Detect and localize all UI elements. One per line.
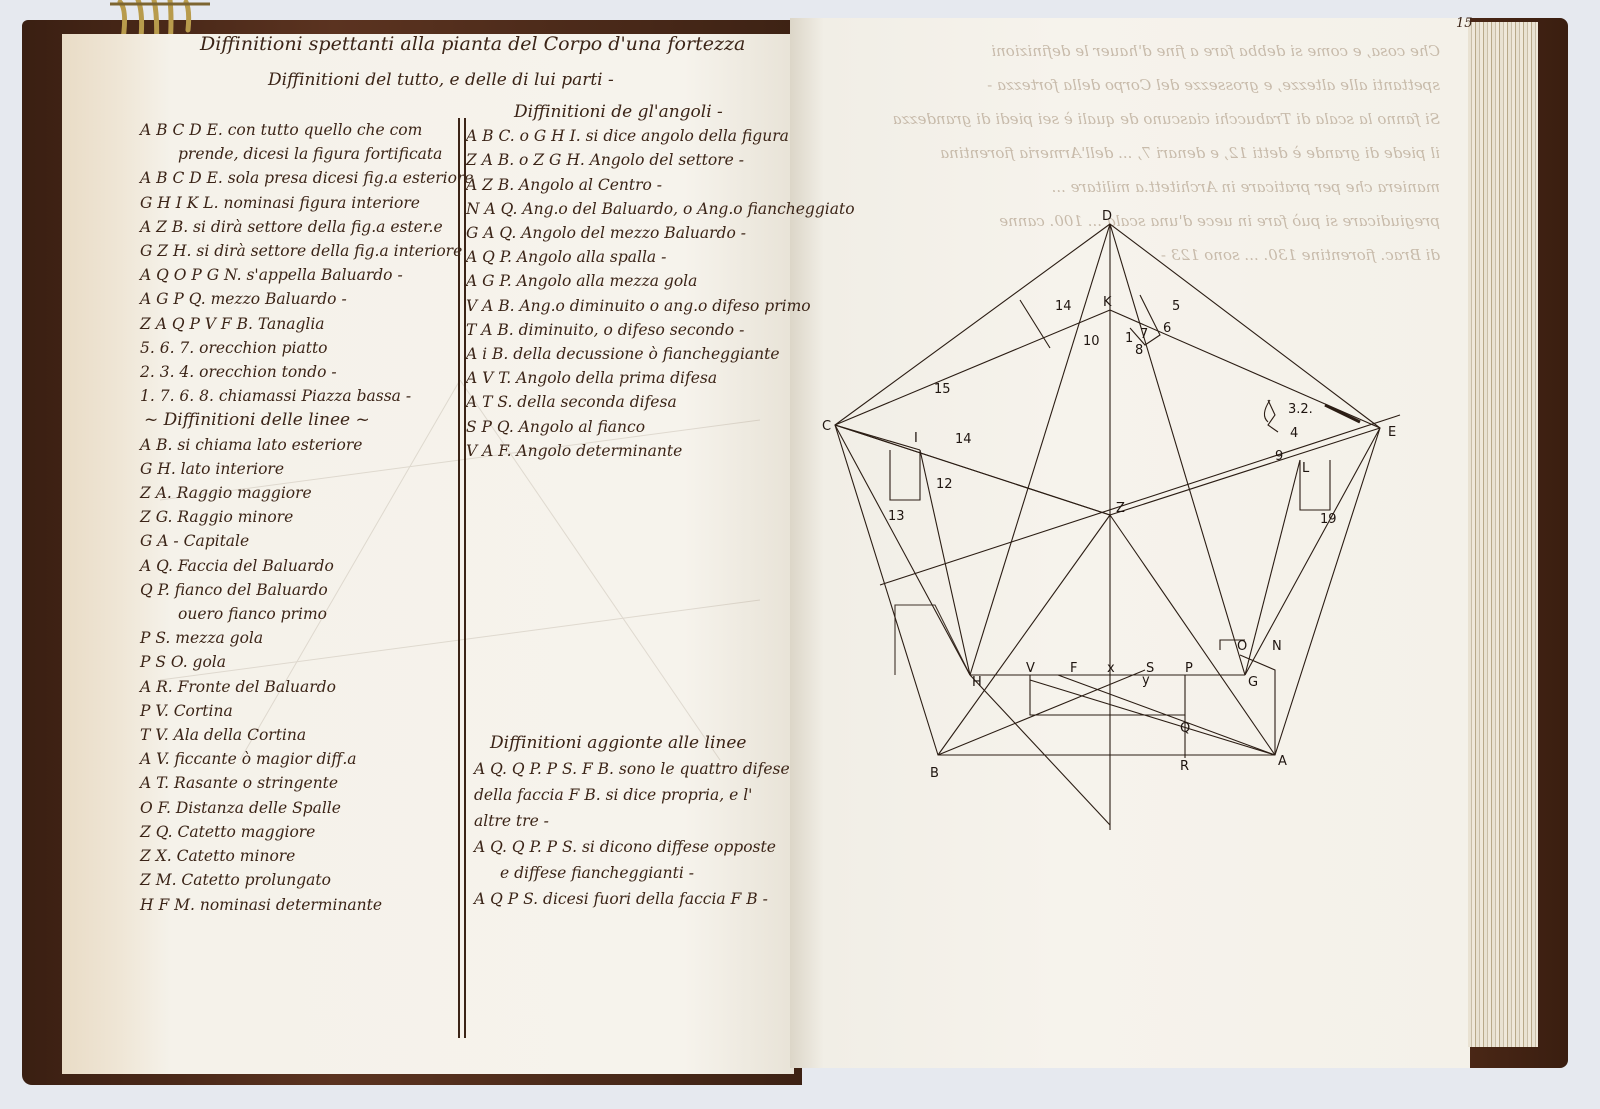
page-edges	[1468, 22, 1538, 1047]
definition-line: Z Q. Catetto maggiore	[140, 820, 460, 844]
bleed-through-line: Si fanno la scala di Trabucchi ciascuno …	[820, 102, 1440, 136]
label-9: 9	[1275, 449, 1283, 464]
definition-line: 1. 7. 6. 8. chiamassi Piazza bassa -	[140, 384, 460, 408]
label-E: E	[1388, 425, 1396, 440]
definition-line: altre tre -	[474, 808, 794, 834]
label-6: 6	[1163, 321, 1171, 336]
label-12: 12	[936, 477, 953, 492]
definition-line: G A Q. Angolo del mezzo Baluardo -	[466, 221, 796, 245]
label-G: G	[1248, 675, 1258, 690]
page-subtitle: Diffinitioni del tutto, e delle di lui p…	[268, 70, 614, 90]
label-7: 7	[1140, 327, 1148, 342]
label-Z: Z	[1116, 501, 1125, 516]
definition-line: P S. mezza gola	[140, 626, 460, 650]
definition-line: A V. ficcante ò magior diff.a	[140, 747, 460, 771]
label-V: V	[1026, 661, 1035, 676]
label-x: x	[1107, 661, 1115, 676]
definition-line: e diffese fiancheggianti -	[474, 860, 794, 886]
definition-line: A Z B. si dirà settore della fig.a ester…	[140, 215, 460, 239]
definition-line: V A F. Angolo determinante	[466, 439, 796, 463]
definition-line: H F M. nominasi determinante	[140, 893, 460, 917]
definition-line: A T S. della seconda difesa	[466, 390, 796, 414]
definition-line: P V. Cortina	[140, 699, 460, 723]
definition-line: T V. Ala della Cortina	[140, 723, 460, 747]
section-heading: Diffinitioni aggionte alle linee	[474, 730, 794, 756]
label-A: A	[1278, 754, 1287, 769]
label-R: R	[1180, 759, 1189, 774]
bleed-through-line: spettanti alle altezze, e grossezze del …	[820, 68, 1440, 102]
definition-line: A R. Fronte del Baluardo	[140, 675, 460, 699]
label-Q: Q	[1180, 721, 1190, 736]
section-heading: ~ Diffinitioni delle linee ~	[140, 408, 460, 432]
definition-line: A Q. Faccia del Baluardo	[140, 554, 460, 578]
bleed-through-line: il piede di grande è detti 12, e denari …	[820, 136, 1440, 170]
label-P: P	[1185, 661, 1193, 676]
label-F: F	[1070, 661, 1077, 676]
definition-line: Z A. Raggio maggiore	[140, 481, 460, 505]
definition-line: Q P. fianco del Baluardo	[140, 578, 460, 602]
label-3-2: 3.2.	[1288, 402, 1313, 417]
definition-line: 5. 6. 7. orecchion piatto	[140, 336, 460, 360]
definition-line: della faccia F B. si dice propria, e l'	[474, 782, 794, 808]
definition-line: prende, dicesi la figura fortificata	[140, 142, 460, 166]
label-B: B	[930, 766, 939, 781]
column-rule	[458, 118, 460, 1038]
label-19: 19	[1320, 512, 1337, 527]
definition-line: ouero fianco primo	[140, 602, 460, 626]
definition-line: G Z H. si dirà settore della fig.a inter…	[140, 239, 460, 263]
definition-line: Z A B. o Z G H. Angolo del settore -	[466, 148, 796, 172]
definition-line: G A - Capitale	[140, 529, 460, 553]
definition-line: A G P. Angolo alla mezza gola	[466, 269, 796, 293]
definition-line: N A Q. Ang.o del Baluardo, o Ang.o fianc…	[466, 197, 796, 221]
label-14: 14	[955, 432, 972, 447]
definition-line: A V T. Angolo della prima difesa	[466, 366, 796, 390]
bleed-through-line: Che cosa, e come si debba fare a fine d'…	[820, 34, 1440, 68]
definition-line: A B C D E. con tutto quello che com	[140, 118, 460, 142]
label-H: H	[972, 675, 982, 690]
definition-line: A Q P. Angolo alla spalla -	[466, 245, 796, 269]
pentagon-fortification-diagram: D C E B A K I L Z H G V F x S y P Q R O …	[800, 210, 1440, 850]
definition-line: O F. Distanza delle Spalle	[140, 796, 460, 820]
definition-line: A Q. Q P. P S. F B. sono le quattro dife…	[474, 756, 794, 782]
definitions-lines-added: Diffinitioni aggionte alle lineeA Q. Q P…	[474, 730, 794, 912]
definition-line: T A B. diminuito, o difeso secondo -	[466, 318, 796, 342]
definition-line: P S O. gola	[140, 650, 460, 674]
definition-line: V A B. Ang.o diminuito o ang.o difeso pr…	[466, 294, 796, 318]
definition-line: Z M. Catetto prolungato	[140, 868, 460, 892]
definition-line: A B. si chiama lato esteriore	[140, 433, 460, 457]
bleed-through-line: maniera che per praticare in Architett.a…	[820, 170, 1440, 204]
label-I: I	[914, 431, 918, 446]
label-5: 5	[1172, 299, 1180, 314]
definition-line: Z X. Catetto minore	[140, 844, 460, 868]
page-number: 15	[1456, 16, 1473, 31]
definition-line: A B C. o G H I. si dice angolo della fig…	[466, 124, 796, 148]
label-17: 14	[1055, 299, 1072, 314]
label-K: K	[1103, 295, 1112, 310]
page-title: Diffinitioni spettanti alla pianta del C…	[200, 33, 745, 55]
label-L: L	[1302, 461, 1310, 476]
definition-line: A G P Q. mezzo Baluardo -	[140, 287, 460, 311]
definition-line: G H I K L. nominasi figura interiore	[140, 191, 460, 215]
definitions-whole-column: A B C D E. con tutto quello che comprend…	[140, 118, 460, 917]
definition-line: A Q. Q P. P S. si dicono diffese opposte	[474, 834, 794, 860]
label-10: 10	[1083, 334, 1100, 349]
label-15: 15	[934, 382, 951, 397]
label-1: 1	[1125, 331, 1133, 346]
label-N: N	[1272, 639, 1282, 654]
definitions-angles-column: Diffinitioni de gl'angoli -A B C. o G H …	[466, 100, 796, 463]
label-C: C	[822, 419, 831, 434]
definition-line: S P Q. Angolo al fianco	[466, 415, 796, 439]
definition-line: A Q P S. dicesi fuori della faccia F B -	[474, 886, 794, 912]
diagram-labels: D C E B A K I L Z H G V F x S y P Q R O …	[822, 210, 1396, 781]
definition-line: A T. Rasante o stringente	[140, 771, 460, 795]
definition-line: G H. lato interiore	[140, 457, 460, 481]
label-y: y	[1142, 673, 1150, 688]
definition-line: A Q O P G N. s'appella Baluardo -	[140, 263, 460, 287]
label-8: 8	[1135, 343, 1143, 358]
label-13: 13	[888, 509, 905, 524]
label-4: 4	[1290, 426, 1298, 441]
section-heading: Diffinitioni de gl'angoli -	[466, 100, 796, 124]
definition-line: A Z B. Angolo al Centro -	[466, 173, 796, 197]
definition-line: 2. 3. 4. orecchion tondo -	[140, 360, 460, 384]
definition-line: A i B. della decussione ò fiancheggiante	[466, 342, 796, 366]
label-O: O	[1237, 639, 1247, 654]
label-D: D	[1102, 210, 1112, 224]
definition-line: A B C D E. sola presa dicesi fig.a ester…	[140, 166, 460, 190]
definition-line: Z A Q P V F B. Tanaglia	[140, 312, 460, 336]
definition-line: Z G. Raggio minore	[140, 505, 460, 529]
